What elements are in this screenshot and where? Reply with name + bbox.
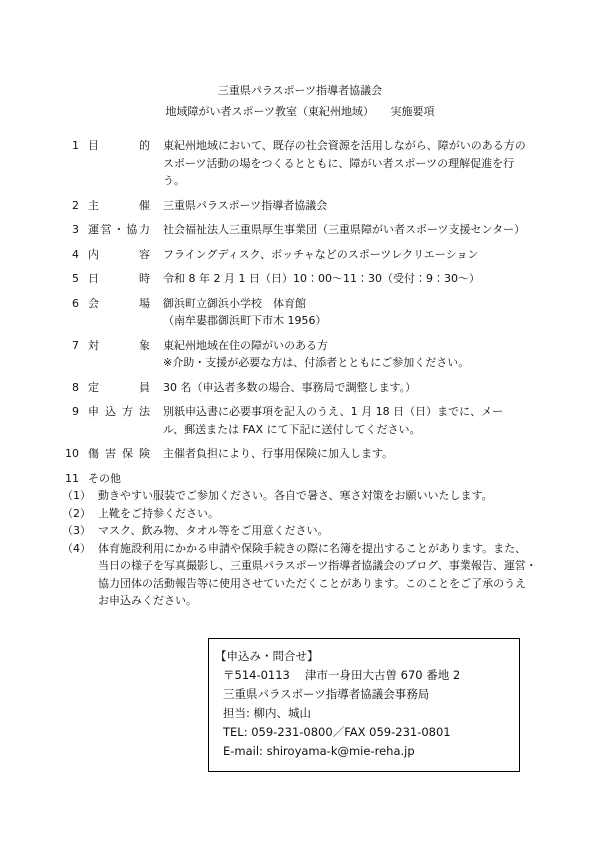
item-contents: 4 内容 フライングディスク、ボッチャなどのスポーツレクリエーション (62, 246, 538, 264)
text-line: 30 名（申込者多数の場合、事務局で調整します。） (163, 379, 416, 397)
contact-tel-fax: TEL: 059-231-0800／FAX 059-231-0801 (223, 723, 511, 742)
item-label: 内容 (88, 246, 150, 264)
note-marker: （2） (62, 505, 98, 523)
note-marker: （4） (62, 540, 98, 558)
text-line: （1）動きやすい服装でご参加ください。各自で暑さ、寒さ対策をお願いいたします。 (62, 487, 538, 505)
item-content: 社会福祉法人三重県厚生事業団（三重県障がい者スポーツ支援センター） (163, 221, 525, 239)
others-heading: 11 その他 (62, 470, 538, 488)
item-content: 東紀州地域において、既存の社会資源を活用しながら、障がいのある方の スポーツ活動… (163, 137, 526, 190)
item-number: 5 (62, 270, 79, 288)
text-line: ※介助・支援が必要な方は、付添者とともにご参加ください。 (163, 354, 469, 372)
contact-box: 【申込み・問合せ】 〒514-0113 津市一身田大古曽 670 番地 2 三重… (208, 638, 520, 772)
item-content: 令和 8 年 2 月 1 日（日）10：00～11：30（受付：9：30～） (163, 270, 480, 288)
item-content: 別紙申込書に必要事項を記入のうえ、1 月 18 日（日）までに、メー ル、郵送ま… (163, 403, 503, 438)
item-capacity: 8 定員 30 名（申込者多数の場合、事務局で調整します。） (62, 379, 538, 397)
text-line: （4）体育施設利用にかかる申請や保険手続きの際に名簿を提出することがあります。ま… (62, 540, 538, 558)
item-label: 日時 (88, 270, 150, 288)
item-content: 東紀州地域在住の障がいのある方 ※介助・支援が必要な方は、付添者とともにご参加く… (163, 337, 469, 372)
contact-person: 担当: 柳内、城山 (223, 704, 511, 723)
text-line: お申込みください。 (98, 592, 538, 610)
item-label: 主催 (88, 197, 150, 215)
contact-email: E-mail: shiroyama-k@mie-reha.jp (223, 742, 511, 761)
item-venue: 6 会場 御浜町立御浜小学校 体育館 （南牟婁郡御浜町下市木 1956） (62, 295, 538, 330)
document-title: 三重県パラスポーツ指導者協議会 地域障がい者スポーツ教室（東紀州地域） 実施要項 (62, 80, 538, 122)
text-line: 協力団体の活動報告等に使用させていただくことがあります。このことをご了承のうえ (98, 575, 538, 593)
text-line: 御浜町立御浜小学校 体育館 (163, 295, 327, 313)
item-label: 定員 (88, 379, 150, 397)
item-application: 9 申込方法 別紙申込書に必要事項を記入のうえ、1 月 18 日（日）までに、メ… (62, 403, 538, 438)
title-line-event: 地域障がい者スポーツ教室（東紀州地域） 実施要項 (62, 101, 538, 122)
contact-heading: 【申込み・問合せ】 (215, 647, 511, 666)
item-insurance: 10 傷害保険 主催者負担により、行事用保険に加入します。 (62, 445, 538, 463)
item-label: その他 (88, 470, 121, 488)
note-text: 動きやすい服装でご参加ください。各自で暑さ、寒さ対策をお願いいたします。 (98, 489, 493, 502)
note-indoor-shoes: （2）上靴をご持参ください。 (62, 505, 538, 523)
text-line: 令和 8 年 2 月 1 日（日）10：00～11：30（受付：9：30～） (163, 270, 480, 288)
text-line: フライングディスク、ボッチャなどのスポーツレクリエーション (163, 246, 478, 264)
item-number: 11 (62, 470, 79, 488)
item-number: 10 (62, 445, 79, 463)
item-number: 6 (62, 295, 79, 330)
text-line: 東紀州地域において、既存の社会資源を活用しながら、障がいのある方の (163, 137, 526, 155)
text-line: 当日の様子を写真撮影し、三重県パラスポーツ指導者協議会のブログ、事業報告、運営・ (98, 557, 538, 575)
text-line: スポーツ活動の場をつくるとともに、障がい者スポーツの理解促進を行 (163, 155, 526, 173)
item-number: 1 (62, 137, 79, 190)
contact-office: 三重県パラスポーツ指導者協議会事務局 (223, 685, 511, 704)
item-content: 御浜町立御浜小学校 体育館 （南牟婁郡御浜町下市木 1956） (163, 295, 327, 330)
contact-address: 〒514-0113 津市一身田大古曽 670 番地 2 (223, 666, 511, 685)
text-line: ル、郵送または FAX にて下記に送付してください。 (163, 421, 503, 439)
item-number: 4 (62, 246, 79, 264)
note-privacy: （4）体育施設利用にかかる申請や保険手続きの際に名簿を提出することがあります。ま… (62, 540, 538, 610)
item-datetime: 5 日時 令和 8 年 2 月 1 日（日）10：00～11：30（受付：9：3… (62, 270, 538, 288)
items-list: 1 目的 東紀州地域において、既存の社会資源を活用しながら、障がいのある方の ス… (62, 137, 538, 610)
title-line-association: 三重県パラスポーツ指導者協議会 (62, 80, 538, 101)
item-number: 7 (62, 337, 79, 372)
note-marker: （1） (62, 487, 98, 505)
document-page: 三重県パラスポーツ指導者協議会 地域障がい者スポーツ教室（東紀州地域） 実施要項… (0, 0, 595, 842)
text-line: 主催者負担により、行事用保険に加入します。 (163, 445, 393, 463)
text-line: （南牟婁郡御浜町下市木 1956） (163, 312, 327, 330)
text-line: 三重県パラスポーツ指導者協議会 (163, 197, 327, 215)
item-content: 30 名（申込者多数の場合、事務局で調整します。） (163, 379, 416, 397)
text-line: 東紀州地域在住の障がいのある方 (163, 337, 469, 355)
others-section: 11 その他 （1）動きやすい服装でご参加ください。各自で暑さ、寒さ対策をお願い… (62, 470, 538, 610)
item-label: 申込方法 (88, 403, 150, 438)
note-text: 上靴をご持参ください。 (98, 507, 219, 520)
item-label: 傷害保険 (88, 445, 150, 463)
item-content: 三重県パラスポーツ指導者協議会 (163, 197, 327, 215)
item-number: 9 (62, 403, 79, 438)
text-line: う。 (163, 172, 526, 190)
note-clothing: （1）動きやすい服装でご参加ください。各自で暑さ、寒さ対策をお願いいたします。 (62, 487, 538, 505)
note-text: マスク、飲み物、タオル等をご用意ください。 (98, 524, 329, 537)
item-number: 2 (62, 197, 79, 215)
text-line: （2）上靴をご持参ください。 (62, 505, 538, 523)
item-label: 運営・協力 (88, 221, 150, 239)
text-line: （3）マスク、飲み物、タオル等をご用意ください。 (62, 522, 538, 540)
item-eligibility: 7 対象 東紀州地域在住の障がいのある方 ※介助・支援が必要な方は、付添者ととも… (62, 337, 538, 372)
item-content: 主催者負担により、行事用保険に加入します。 (163, 445, 393, 463)
item-cooperation: 3 運営・協力 社会福祉法人三重県厚生事業団（三重県障がい者スポーツ支援センター… (62, 221, 538, 239)
item-label: 目的 (88, 137, 150, 190)
note-belongings: （3）マスク、飲み物、タオル等をご用意ください。 (62, 522, 538, 540)
item-organizer: 2 主催 三重県パラスポーツ指導者協議会 (62, 197, 538, 215)
item-number: 8 (62, 379, 79, 397)
note-text: 体育施設利用にかかる申請や保険手続きの際に名簿を提出することがあります。また、 (98, 542, 526, 555)
item-number: 3 (62, 221, 79, 239)
note-marker: （3） (62, 522, 98, 540)
item-label: 対象 (88, 337, 150, 372)
text-line: 別紙申込書に必要事項を記入のうえ、1 月 18 日（日）までに、メー (163, 403, 503, 421)
text-line: 社会福祉法人三重県厚生事業団（三重県障がい者スポーツ支援センター） (163, 221, 525, 239)
item-content: フライングディスク、ボッチャなどのスポーツレクリエーション (163, 246, 478, 264)
item-label: 会場 (88, 295, 150, 330)
item-purpose: 1 目的 東紀州地域において、既存の社会資源を活用しながら、障がいのある方の ス… (62, 137, 538, 190)
